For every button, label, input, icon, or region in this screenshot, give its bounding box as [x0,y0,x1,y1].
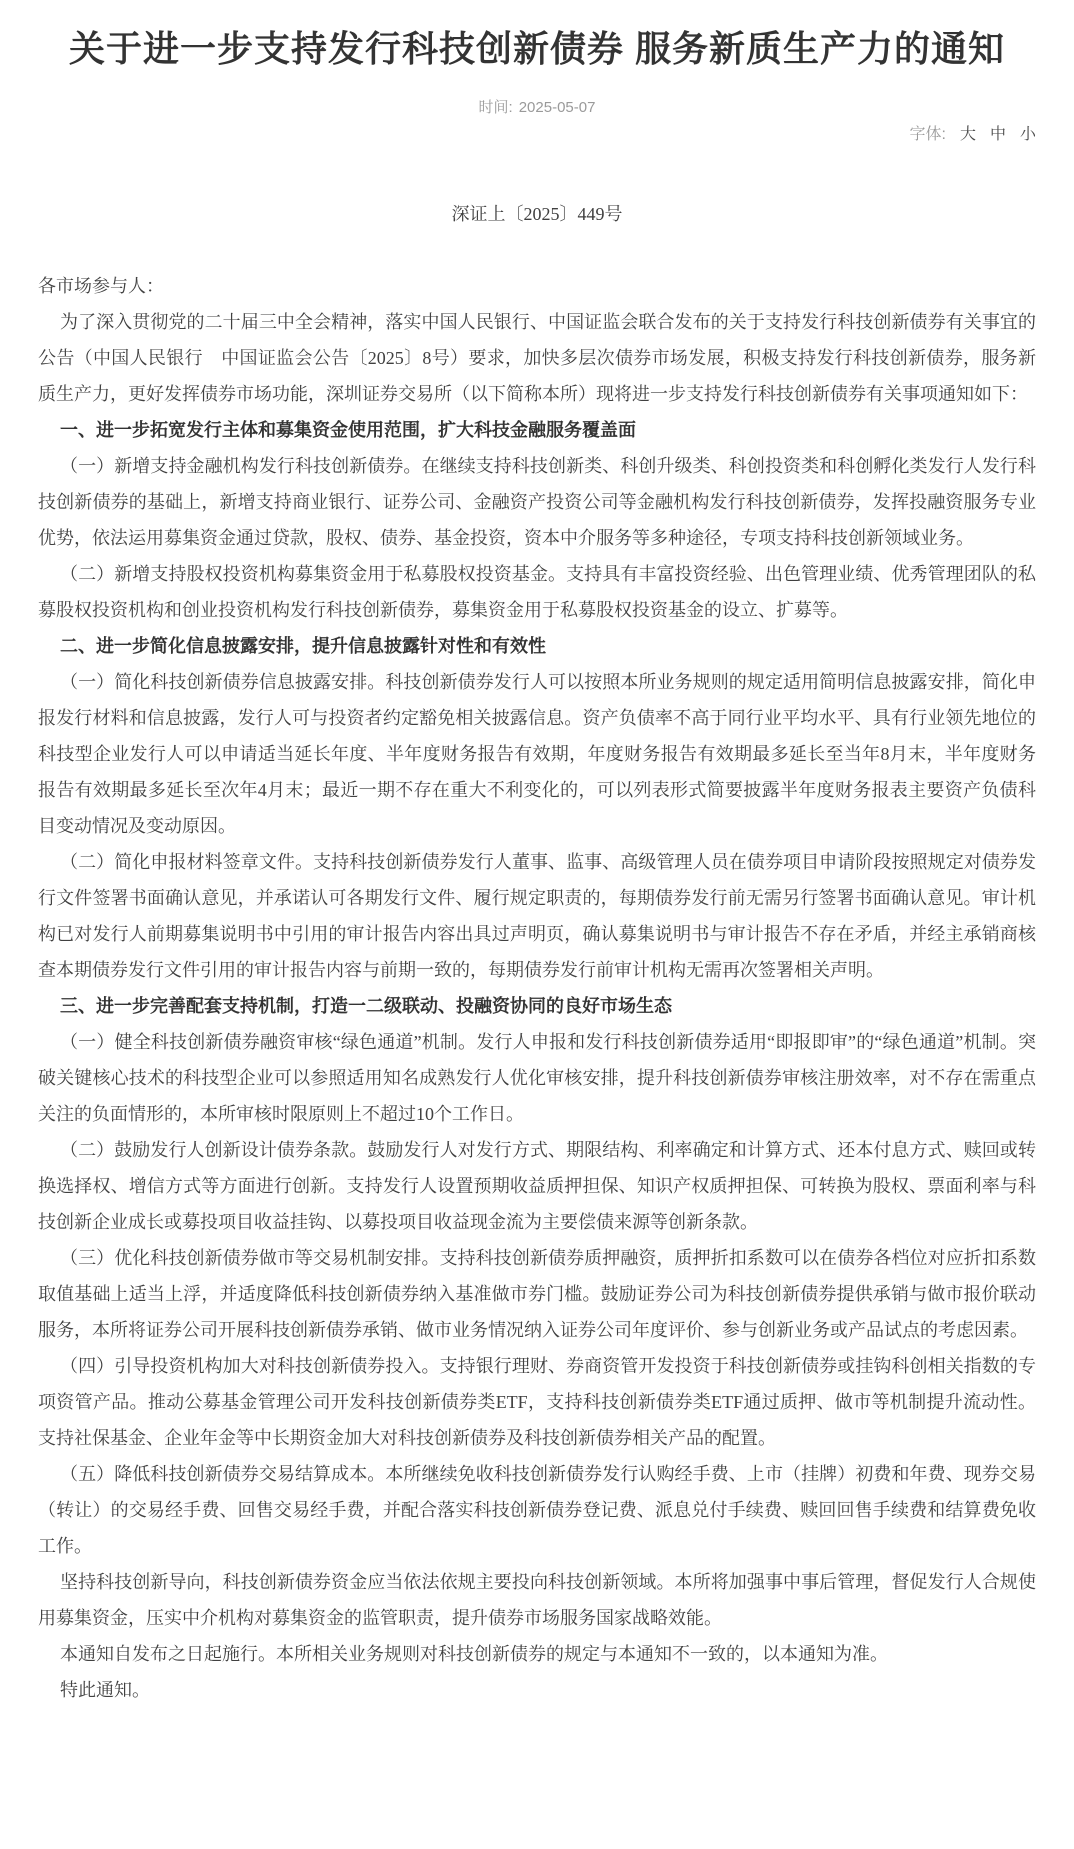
paragraph-3-5: （五）降低科技创新债券交易结算成本。本所继续免收科技创新债券发行认购经手费、上市… [38,1456,1036,1564]
font-size-small-button[interactable]: 小 [1020,126,1036,143]
time-value: 2025-05-07 [519,99,596,116]
page-title: 关于进一步支持发行科技创新债券 服务新质生产力的通知 [38,26,1036,72]
publish-time: 时间:2025-05-07 [38,96,1036,117]
paragraph-intro: 为了深入贯彻党的二十届三中全会精神，落实中国人民银行、中国证监会联合发布的关于支… [38,304,1036,412]
section-heading-2: 二、进一步简化信息披露安排，提升信息披露针对性和有效性 [38,628,1036,664]
section-heading-3: 三、进一步完善配套支持机制，打造一二级联动、投融资协同的良好市场生态 [38,988,1036,1024]
paragraph-3-4: （四）引导投资机构加大对科技创新债券投入。支持银行理财、券商资管开发投资于科技创… [38,1348,1036,1456]
font-size-switcher: 字体:大中小 [38,121,1036,144]
time-label: 时间: [479,99,513,116]
paragraph-closing-2: 本通知自发布之日起施行。本所相关业务规则对科技创新债券的规定与本通知不一致的，以… [38,1636,1036,1672]
paragraph-1-2: （二）新增支持股权投资机构募集资金用于私募股权投资基金。支持具有丰富投资经验、出… [38,556,1036,628]
paragraph-3-1: （一）健全科技创新债券融资审核“绿色通道”机制。发行人申报和发行科技创新债券适用… [38,1024,1036,1132]
paragraph-closing-1: 坚持科技创新导向，科技创新债券资金应当依法依规主要投向科技创新领域。本所将加强事… [38,1564,1036,1636]
section-heading-1: 一、进一步拓宽发行主体和募集资金使用范围，扩大科技金融服务覆盖面 [38,412,1036,448]
paragraph-1-1: （一）新增支持金融机构发行科技创新债券。在继续支持科技创新类、科创升级类、科创投… [38,448,1036,556]
paragraph-3-3: （三）优化科技创新债券做市等交易机制安排。支持科技创新债券质押融资，质押折扣系数… [38,1240,1036,1348]
notice-page: 关于进一步支持发行科技创新债券 服务新质生产力的通知 时间:2025-05-07… [0,0,1074,1849]
document-number: 深证上〔2025〕449号 [38,200,1036,226]
paragraph-2-1: （一）简化科技创新债券信息披露安排。科技创新债券发行人可以按照本所业务规则的规定… [38,664,1036,844]
salutation: 各市场参与人： [38,268,1036,304]
paragraph-2-2: （二）简化申报材料签章文件。支持科技创新债券发行人董事、监事、高级管理人员在债券… [38,844,1036,988]
paragraph-closing-3: 特此通知。 [38,1672,1036,1708]
paragraph-3-2: （二）鼓励发行人创新设计债券条款。鼓励发行人对发行方式、期限结构、利率确定和计算… [38,1132,1036,1240]
font-size-large-button[interactable]: 大 [960,126,976,143]
font-label: 字体: [910,126,946,143]
font-size-medium-button[interactable]: 中 [990,126,1006,143]
document-body: 各市场参与人： 为了深入贯彻党的二十届三中全会精神，落实中国人民银行、中国证监会… [38,268,1036,1708]
